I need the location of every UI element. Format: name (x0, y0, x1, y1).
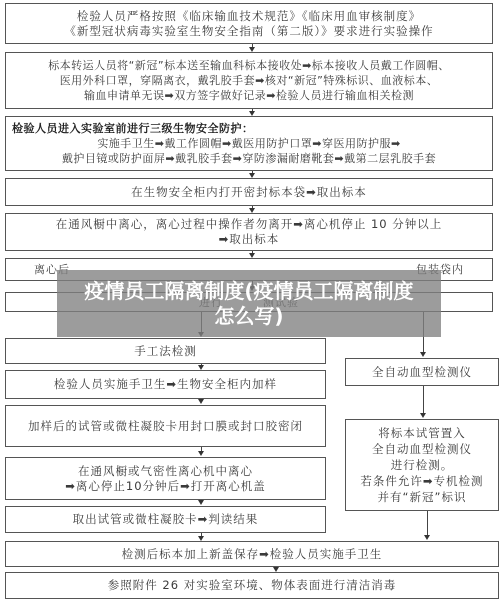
connector (423, 386, 424, 414)
auto-test-line-4: 若条件允许➡专机检测 (360, 473, 483, 489)
auto-analyzer-text: 全自动血型检测仪 (372, 365, 472, 380)
hand-hygiene-sample-box: 检验人员实施手卫生➡生物安全柜内加样 (5, 370, 326, 399)
title-overlay: 疫情员工隔离制度(疫情员工隔离制度 怎么写) (57, 270, 441, 337)
intro-line-2: 《新型冠状病毒实验室生物安全指南（第二版）》要求进行实验操作 (64, 24, 433, 39)
disinfect-text: 参照附件 26 对实验室环境、物体表面进行清洁消毒 (108, 578, 396, 593)
seal-tube-box: 加样后的试管或微柱凝胶卡用封口膜或封口胶密闭 (5, 405, 326, 447)
auto-test-line-5: 并有“新冠”标识 (378, 489, 467, 505)
overlay-title-line-2: 怎么写) (214, 304, 283, 329)
store-specimen-text: 检测后标本加上新盖保存➡检验人员实施手卫生 (122, 547, 383, 562)
auto-test-line-1: 将标本试管置入 (378, 425, 466, 441)
centrifuge-line-2: ➡取出标本 (219, 232, 280, 247)
transport-line-2: 医用外科口罩，穿隔离衣，戴乳胶手套➡核对“新冠”特殊标识、血液标本、 (60, 73, 439, 88)
protection-line-1: 实施手卫生➡戴工作圆帽➡戴医用防护口罩➡穿医用防护服➡ (97, 136, 400, 151)
arrow-down-icon (424, 535, 430, 540)
auto-test-line-2: 全自动血型检测仪 (372, 441, 472, 457)
centrifuge-box: 在通风橱中离心，离心过程中操作者勿离开➡离心机停止 10 分钟以上 ➡取出标本 (5, 213, 493, 251)
transport-line-1: 标本转运人员将“新冠”标本送至输血科标本接收处➡标本接收人员戴工作圆帽、 (48, 58, 450, 73)
arrow-down-icon (420, 413, 426, 418)
arrow-down-icon (420, 352, 426, 357)
specimen-transport-box: 标本转运人员将“新冠”标本送至输血科标本接收处➡标本接收人员戴工作圆帽、 医用外… (5, 52, 493, 109)
protection-heading: 检验人员进入实验室前进行三级生物安全防护： (6, 121, 254, 136)
intro-box: 检验人员严格按照《临床输血技术规范》《临床用血审核制度》 《新型冠状病毒实验室生… (5, 3, 493, 44)
store-specimen-box: 检测后标本加上新盖保存➡检验人员实施手卫生 (5, 541, 499, 567)
manual-centrifuge-line-1: 在通风橱或气密性离心机中离心 (78, 464, 253, 479)
hand-hygiene-sample-text: 检验人员实施手卫生➡生物安全柜内加样 (54, 377, 277, 392)
arrow-down-icon (198, 500, 204, 505)
manual-centrifuge-line-2: ➡离心停止10分钟后➡打开离心机盖 (65, 479, 265, 494)
arrow-down-icon (198, 399, 204, 404)
open-bag-text: 在生物安全柜内打开密封标本袋➡取出标本 (131, 185, 367, 200)
read-result-box: 取出试管或微柱凝胶卡➡判读结果 (5, 506, 326, 533)
open-bag-box: 在生物安全柜内打开密封标本袋➡取出标本 (5, 178, 493, 206)
centrifuge-line-1: 在通风橱中离心，离心过程中操作者勿离开➡离心机停止 10 分钟以上 (56, 217, 443, 232)
disinfect-box: 参照附件 26 对实验室环境、物体表面进行清洁消毒 (5, 572, 499, 599)
protection-box: 检验人员进入实验室前进行三级生物安全防护： 实施手卫生➡戴工作圆帽➡戴医用防护口… (5, 116, 493, 171)
manual-centrifuge-box: 在通风橱或气密性离心机中离心 ➡离心停止10分钟后➡打开离心机盖 (5, 457, 326, 500)
auto-test-line-3: 进行检测。 (391, 457, 454, 473)
overlay-title-line-1: 疫情员工隔离制度(疫情员工隔离制度 (84, 279, 413, 304)
read-result-text: 取出试管或微柱凝胶卡➡判读结果 (73, 512, 259, 527)
arrow-down-icon (198, 451, 204, 456)
manual-method-text: 手工法检测 (134, 344, 197, 359)
manual-method-box: 手工法检测 (5, 338, 326, 364)
auto-test-box: 将标本试管置入 全自动血型检测仪 进行检测。 若条件允许➡专机检测 并有“新冠”… (345, 419, 499, 511)
auto-analyzer-box: 全自动血型检测仪 (345, 358, 499, 386)
seal-tube-text: 加样后的试管或微柱凝胶卡用封口膜或封口胶密闭 (28, 419, 303, 434)
connector (427, 511, 428, 536)
intro-line-1: 检验人员严格按照《临床输血技术规范》《临床用血审核制度》 (77, 9, 421, 24)
protection-line-2: 戴护目镜或防护面屏➡戴乳胶手套➡穿防渗漏耐磨靴套➡戴第二层乳胶手套 (62, 151, 436, 166)
transport-line-3: 输血申请单无误➡双方签字做好记录➡检验人员进行输血相关检测 (84, 88, 414, 103)
